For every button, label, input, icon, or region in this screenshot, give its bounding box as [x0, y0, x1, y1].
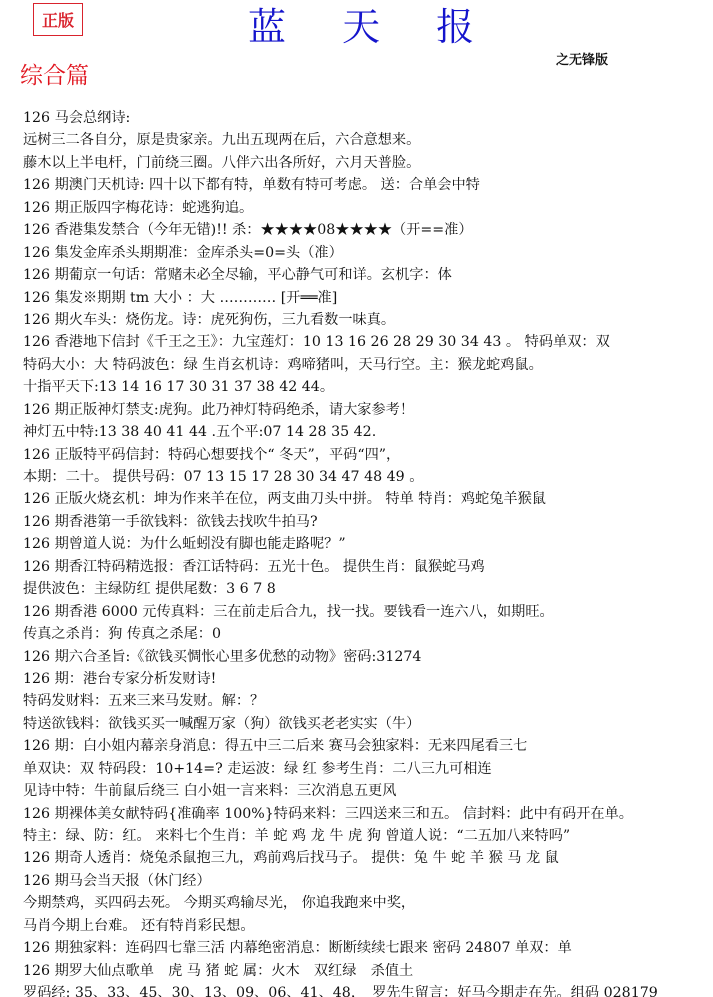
text-line: 特码发财料：五来三来马发财。解：？: [23, 690, 705, 712]
section-title: 综合篇: [20, 61, 89, 91]
text-line: 126 期：白小姐内幕亲身消息：得五中三二后来 赛马会独家料：无来四尾看三七: [23, 735, 705, 757]
text-line: 十指平天下:13 14 16 17 30 31 37 38 42 44。: [23, 376, 705, 398]
text-line: 126 期曾道人说：为什么蚯蚓没有脚也能走路呢？”: [23, 533, 705, 555]
text-line: 126 期罗大仙点歌单 虎 马 猪 蛇 属：火木 双红绿 杀值土: [23, 960, 705, 982]
authentic-edition-badge: 正版: [33, 3, 83, 36]
text-line: 今期禁鸡，买四码去死。 今期买鸡输尽光， 你追我跑来中奖，: [23, 892, 705, 914]
text-line: 126 期马会当天报（休门经）: [23, 870, 705, 892]
text-line: 126 集发※期期 tm 大小 ：大 ………… [开══准]: [23, 287, 705, 309]
text-line: 126 期六合圣旨:《欲钱买惆怅心里多优愁的动物》密码:31274: [23, 646, 705, 668]
edition-label: 之无锋版: [556, 49, 608, 68]
text-line: 126 正版火烧玄机：坤为作来羊在位，两支曲刀头中拼。 特单 特肖：鸡蛇兔羊猴鼠: [23, 488, 705, 510]
text-line: 126 集发金库杀头期期准：金库杀头=0=头（准）: [23, 242, 705, 264]
text-line: 126 正版特平码信封：特码心想要找个“ 冬天”，平码“四”，: [23, 444, 705, 466]
text-line: 单双诀：双 特码段：10+14=? 走运波：绿 红 参考生肖：二八三九可相连: [23, 758, 705, 780]
text-line: 126 期裸体美女献特码{准确率 100%}特码来料：三四送来三和五。 信封料：…: [23, 803, 705, 825]
text-line: 126 期奇人透肖：烧兔杀鼠抱三九，鸡前鸡后找马子。 提供：兔 牛 蛇 羊 猴 …: [23, 847, 705, 869]
text-line: 126 期香江特码精选报：香江话特码：五光十色。 提供生肖：鼠猴蛇马鸡: [23, 556, 705, 578]
text-line: 126 期葡京一句话：常赌未必全尽输，平心静气可和详。玄机字：体: [23, 264, 705, 286]
newspaper-title: 蓝 天 报: [248, 4, 496, 50]
text-line: 126 马会总纲诗:: [23, 107, 705, 129]
text-line: 本期：二十。 提供号码：07 13 15 17 28 30 34 47 48 4…: [23, 466, 705, 488]
text-line: 传真之杀肖：狗 传真之杀尾：0: [23, 623, 705, 645]
text-line: 见诗中特：牛前鼠后绕三 白小姐一言来料：三次消息五更风: [23, 780, 705, 802]
text-line: 126 香港集发禁合（今年无错)!! 杀：★★★★08★★★★（开==准）: [23, 219, 705, 241]
text-line: 提供波色：主绿防红 提供尾数：3 6 7 8: [23, 578, 705, 600]
text-line: 马肖今期上台难。 还有特肖彩民想。: [23, 915, 705, 937]
text-line: 神灯五中特:13 38 40 41 44 .五个平:07 14 28 35 42…: [23, 421, 705, 443]
text-line: 罗码经: 35、33、45、30、13、09、06、41、48， 罗先生留言：好…: [23, 982, 705, 997]
text-line: 126 期火车头：烧伤龙。诗：虎死狗伤，三九看数一味真。: [23, 309, 705, 331]
text-line: 藤木以上半电杆，门前绕三圈。八伴六出各所好，六月天普脸。: [23, 152, 705, 174]
text-line: 126 香港地下信封《千王之王》：九宝莲灯：10 13 16 26 28 29 …: [23, 331, 705, 353]
text-line: 126 期：港台专家分析发财诗!: [23, 668, 705, 690]
text-line: 特主：绿、防：红。 来料七个生肖：羊 蛇 鸡 龙 牛 虎 狗 曾道人说：“二五加…: [23, 825, 705, 847]
text-line: 126 期正版四字梅花诗：蛇逃狗追。: [23, 197, 705, 219]
text-line: 126 期澳门天机诗: 四十以下都有特，单数有特可考虑。 送：合单会中特: [23, 174, 705, 196]
article-body: 126 马会总纲诗: 远树三二各自分，原是贵家亲。九出五现两在后，六合意想来。 …: [23, 107, 705, 997]
text-line: 126 期正版神灯禁支:虎狗。此乃神灯特码绝杀，请大家参考！: [23, 399, 705, 421]
text-line: 126 期独家料：连码四七靠三活 内幕绝密消息：断断续续七跟来 密码 24807…: [23, 937, 705, 959]
text-line: 远树三二各自分，原是贵家亲。九出五现两在后，六合意想来。: [23, 129, 705, 151]
text-line: 特送欲钱料：欲钱买买一喊醒万家（狗）欲钱买老老实实（牛）: [23, 713, 705, 735]
text-line: 126 期香港 6000 元传真料：三在前走后合九，找一找。要钱看一连六八，如期…: [23, 601, 705, 623]
text-line: 特码大小：大 特码波色：绿 生肖玄机诗：鸡啼猪叫，天马行空。主：猴龙蛇鸡鼠。: [23, 354, 705, 376]
text-line: 126 期香港第一手欲钱料：欲钱去找吹牛拍马?: [23, 511, 705, 533]
